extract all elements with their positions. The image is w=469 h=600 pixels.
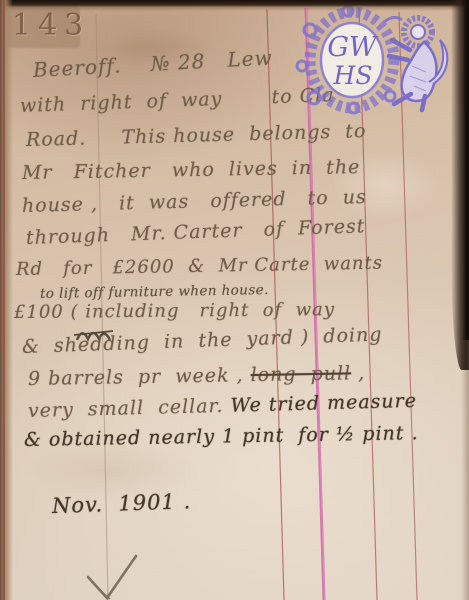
stamp-monogram-gw: GW xyxy=(327,32,379,63)
page-number: 143 xyxy=(12,8,90,43)
handwritten-line-8: £100 ( including right of way xyxy=(14,299,335,323)
line-10-comma: , xyxy=(351,362,365,384)
gwhs-stamp: GW HS xyxy=(284,4,462,120)
binding-edge xyxy=(0,0,13,600)
binding-red-line xyxy=(3,0,5,600)
page-top-edge-shadow xyxy=(0,7,469,11)
struck-through-phrase: long pull xyxy=(250,362,351,386)
page-right-edge-lower xyxy=(461,340,469,600)
page-right-edge xyxy=(451,0,469,370)
line-10-text: 9 barrels pr week , xyxy=(28,364,251,390)
notebook-page-photo: Beeroff. № 28 Lew with right of way to C… xyxy=(0,0,469,600)
page-top-edge xyxy=(0,0,469,7)
stamp-monogram-hs: HS xyxy=(333,61,373,90)
check-mark xyxy=(88,556,136,599)
handwritten-date: Nov. 1901 . xyxy=(52,489,192,518)
